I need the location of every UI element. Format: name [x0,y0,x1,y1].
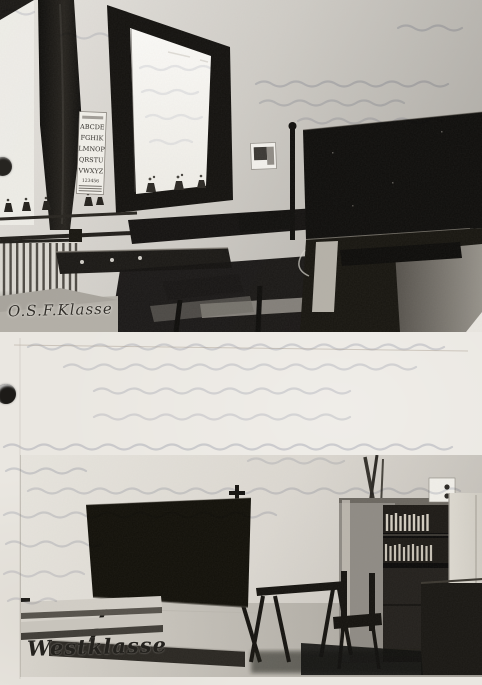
film-grain [0,0,482,332]
photo-bottom-classroom: Westklasse [20,455,482,677]
photo-caption-top: O.S.F.Klasse [8,300,113,321]
scanned-album-page: ABCDE FGHIK LMNOP QRSTU VWXYZ 123456 [0,0,482,685]
photo-caption-bottom: Westklasse [27,632,168,661]
photo-top-classroom: ABCDE FGHIK LMNOP QRSTU VWXYZ 123456 [0,0,482,332]
punch-hole-bottom [0,384,16,404]
